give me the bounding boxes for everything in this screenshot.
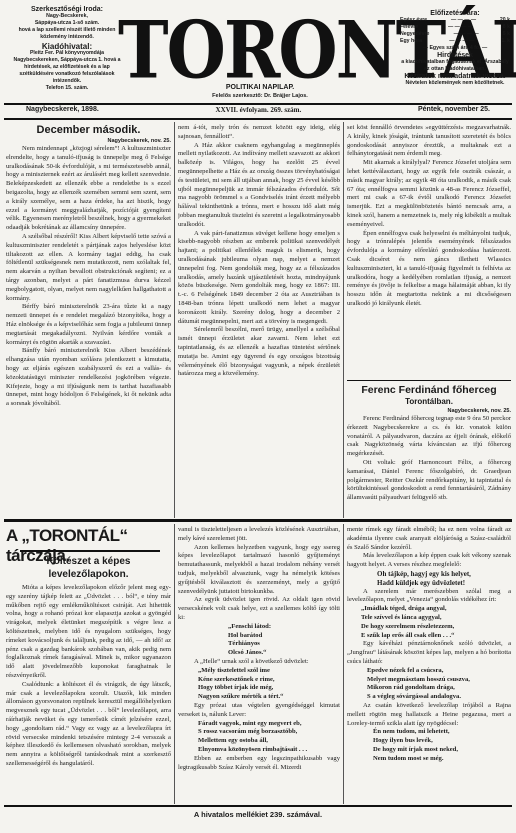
verse-line: Elnyomva közönyösen rimbajtásait . . . [178,746,340,755]
column-divider [174,122,175,518]
masthead-left-info: Szerkesztőségi Iroda: Nagy-Becskerek, Sá… [8,6,126,92]
issue-day: Péntek, november 25. [418,106,490,114]
anonymous-note: Névtelen közlemények nem közöltetnek. [400,80,510,87]
feuilleton-col-3: mente rímek egy fáradt elméből; ha ez ne… [347,526,511,806]
single-copy-price: — Egyes szám ára 4 fo. — [400,45,510,52]
verse-line: Térhiányos [178,640,340,649]
paragraph: sei köst fennálló örvendetes »együttérzé… [347,124,511,159]
verse-line: E szűk lap erős áll csak ellen . . .“ [347,632,511,641]
verse-line: Hol barátod [178,632,340,641]
paragraph: mente rímek egy fáradt elméből; ha ez ne… [347,526,511,552]
editorial-office-label: Szerkesztőségi Iroda: [8,6,126,13]
verse-line: Fáradt vagyok, mint egy megvert eb, [178,720,340,729]
newspaper-title: TORONTÁL [118,12,408,90]
paragraph: Bánffy báró miniszterelnök Kiss Albert b… [6,347,171,409]
verse-line: „Mély tisztelettel szól ime [178,667,340,676]
verse-line: Hogy ilyen bus levék, [347,737,511,746]
paragraph: Csalódtunk: a költészet él és virágzik, … [6,681,171,769]
editor-line: Felelős szerkesztő: Dr. Brájjer Lajos. [150,92,370,100]
paragraph: Az csatán következő levelezőlap irójából… [347,702,511,728]
column-divider [343,524,344,804]
article-continuation-right: sei köst fennálló örvendetes »együttérzé… [347,124,511,376]
verse-line: „Imádlak téged, drága angyal, [347,605,511,614]
verse-line: De hogy szerelmem részletezzem, [347,623,511,632]
price-row: Egész évre— — — —20 k [400,17,510,24]
paragraph: Ebben az emberben egy legszinpathikusabb… [178,755,340,773]
divider [4,103,512,105]
feuilleton-col-2: vanul is tiszteletteljesen a levelezés k… [178,526,340,806]
article-ferenc-ferdinand: Ferenc Ferdinánd főherceg Torontálban. N… [347,384,511,518]
paragraph: Egy kávéházi pénztárnoknőnek szóló üdvöz… [347,640,511,666]
telephone: Telefon 15. szám. [8,85,126,92]
verse-line: Mellettem egy ostoba áll, [178,737,340,746]
article-december-second: December második. Nagybecskerek, nov. 25… [6,124,171,518]
feuilleton-title: Költészet a képes levelezőlapokon. [6,555,171,581]
paragraph: A szerelem már merészebben szólal meg a … [347,588,511,606]
paragraph: Egy prózai utas végtelen gyengédséggel k… [178,702,340,720]
paragraph: vanul is tiszteletteljesen a levelezés k… [178,526,340,544]
place-year: Nagybecskerek, 1898. [26,106,99,114]
verse-line: Olcsó János.“ [178,649,340,658]
verse-line: Mikoron rád gondoltam drága, [347,684,511,693]
paragraph: Ott voltak: gróf Harnoncourt Félix, a fő… [347,459,511,503]
article-dateline: Nagybecskerek, nov. 25. [347,407,511,415]
paragraph: Más levelezőlapon a kép éppen csak két v… [347,552,511,570]
article-title: December második. [6,124,171,137]
divider [4,805,512,807]
paragraph: Mit akarnak a királylyal? Ferencz József… [347,159,511,229]
verse-line: „Fenschi látod: [178,623,340,632]
verse-line: Hogy többet írjak ide még, [178,684,340,693]
paragraph: A vak párt-fanatizmus süvéget kellene ho… [178,230,340,327]
section-divider [4,519,512,522]
editorial-address: Sáppáya-utcza 1-ső szám. [8,20,126,27]
column-divider [343,122,344,518]
paragraph: Nem mindennapi „közjogi sérelem“! A kult… [6,145,171,233]
article-continuation: nem á-tót, mely trón és nemzet között eg… [178,124,340,518]
political-daily-label: POLITIKAI NAPILAP. [150,84,370,92]
verse-line: Melyet megmásztam hosszú csuszva, [347,676,511,685]
ads-header: Hirdetések [400,52,510,59]
verse-line: Oh tájkép, hagyj egy kis helyet, [347,570,511,579]
paragraph: Az egyik üdvözlet igen rövid. Az oldalt … [178,596,340,622]
verse-line: Kéne szerkesztőnek e rime, [178,676,340,685]
paragraph: Mióta a képes levelezőlapokon előzőr jel… [6,584,171,681]
subscription-info: Előfizetési ára: Egész évre— — — —20 k F… [400,10,510,87]
feuilleton-col-1: Költészet a képes levelezőlapokon. Mióta… [6,555,171,805]
manuscripts-note: Kéziratok nem adatnak vissza. [400,73,510,80]
paragraph: Sérelemről beszélni, merő ürügy, amellye… [178,326,340,379]
paragraph: Azon kellemes helyzetben vagyunk, hogy e… [178,544,340,597]
publisher-office-label: Kiadóhivatal: [8,43,126,50]
ads-text: a kiadóhivatalban fogadtatnak el. Árszab… [400,59,510,73]
price-row: Félévre— — — —8 k [400,24,510,31]
editorial-note: hová a lap szellemi részét illető minden… [8,27,126,41]
verse-line: S a végleg sóvárgással andalogva. [347,693,511,702]
divider [4,118,512,120]
article-title: Ferenc Ferdinánd főherceg [347,384,511,397]
article-dateline: Nagybecskerek, nov. 25. [6,137,171,145]
paragraph: Épen ennélfogva csak helyeselni és méltá… [347,230,511,309]
divider [347,380,511,381]
masthead: Szerkesztőségi Iroda: Nagy-Becskerek, Sá… [0,0,516,104]
verse-line: Hadd küldjek egy üdvözletet! [347,579,511,588]
verse-line: Nagyon szűkre mérték a tért.“ [178,693,340,702]
paragraph: A szélsőbal részéről! Kiss Albert képvis… [6,233,171,303]
paragraph: A „Helle“ urnak szól a következő üdvözle… [178,658,340,667]
paragraph: nem á-tót, mely trón és nemzet között eg… [178,124,340,142]
paragraph: A Ház akkor csaknem egyhangulag a megünn… [178,142,340,230]
supplement-note: A hivatalos mellékiet 239. számával. [0,810,516,819]
dateline: Nagybecskerek, 1898. XXVII. évfolyam. 26… [4,106,512,114]
divider [20,550,160,552]
verse-line: S rossz vacsorám még borzasztóbb, [178,728,340,737]
paragraph: Bérffy báró miniszterelnök 23-ára tűzte … [6,303,171,347]
verse-line: Én nem tudom, mi lehetett, [347,728,511,737]
newspaper-subtitle: POLITIKAI NAPILAP. Felelős szerkesztő: D… [150,84,370,100]
paragraph: Ferenc Ferdinánd főherceg tegnap este 9 … [347,415,511,459]
price-row: Negyedévre— — — —5 k [400,31,510,38]
publisher-details: Pleitz Fer. Pál könyvnyomdája Nagybecske… [8,50,126,85]
article-subtitle: Torontálban. [347,397,511,407]
subscription-header: Előfizetési ára: [400,10,510,17]
volume-number: XXVII. évfolyam. 269. szám. [216,106,302,114]
editorial-city: Nagy-Becskerek, [8,13,126,20]
verse-line: Epedve nézek fel a csúcsra, [347,667,511,676]
column-divider [174,524,175,804]
verse-line: De hogy mit írjak most neked, [347,746,511,755]
verse-line: Nem tudom most se még. [347,755,511,764]
newspaper-page: Szerkesztőségi Iroda: Nagy-Becskerek, Sá… [0,0,516,833]
verse-line: Tele szívvel és lánca agygyal, [347,614,511,623]
price-row: Egy hóra— — — —1. k [400,38,510,45]
